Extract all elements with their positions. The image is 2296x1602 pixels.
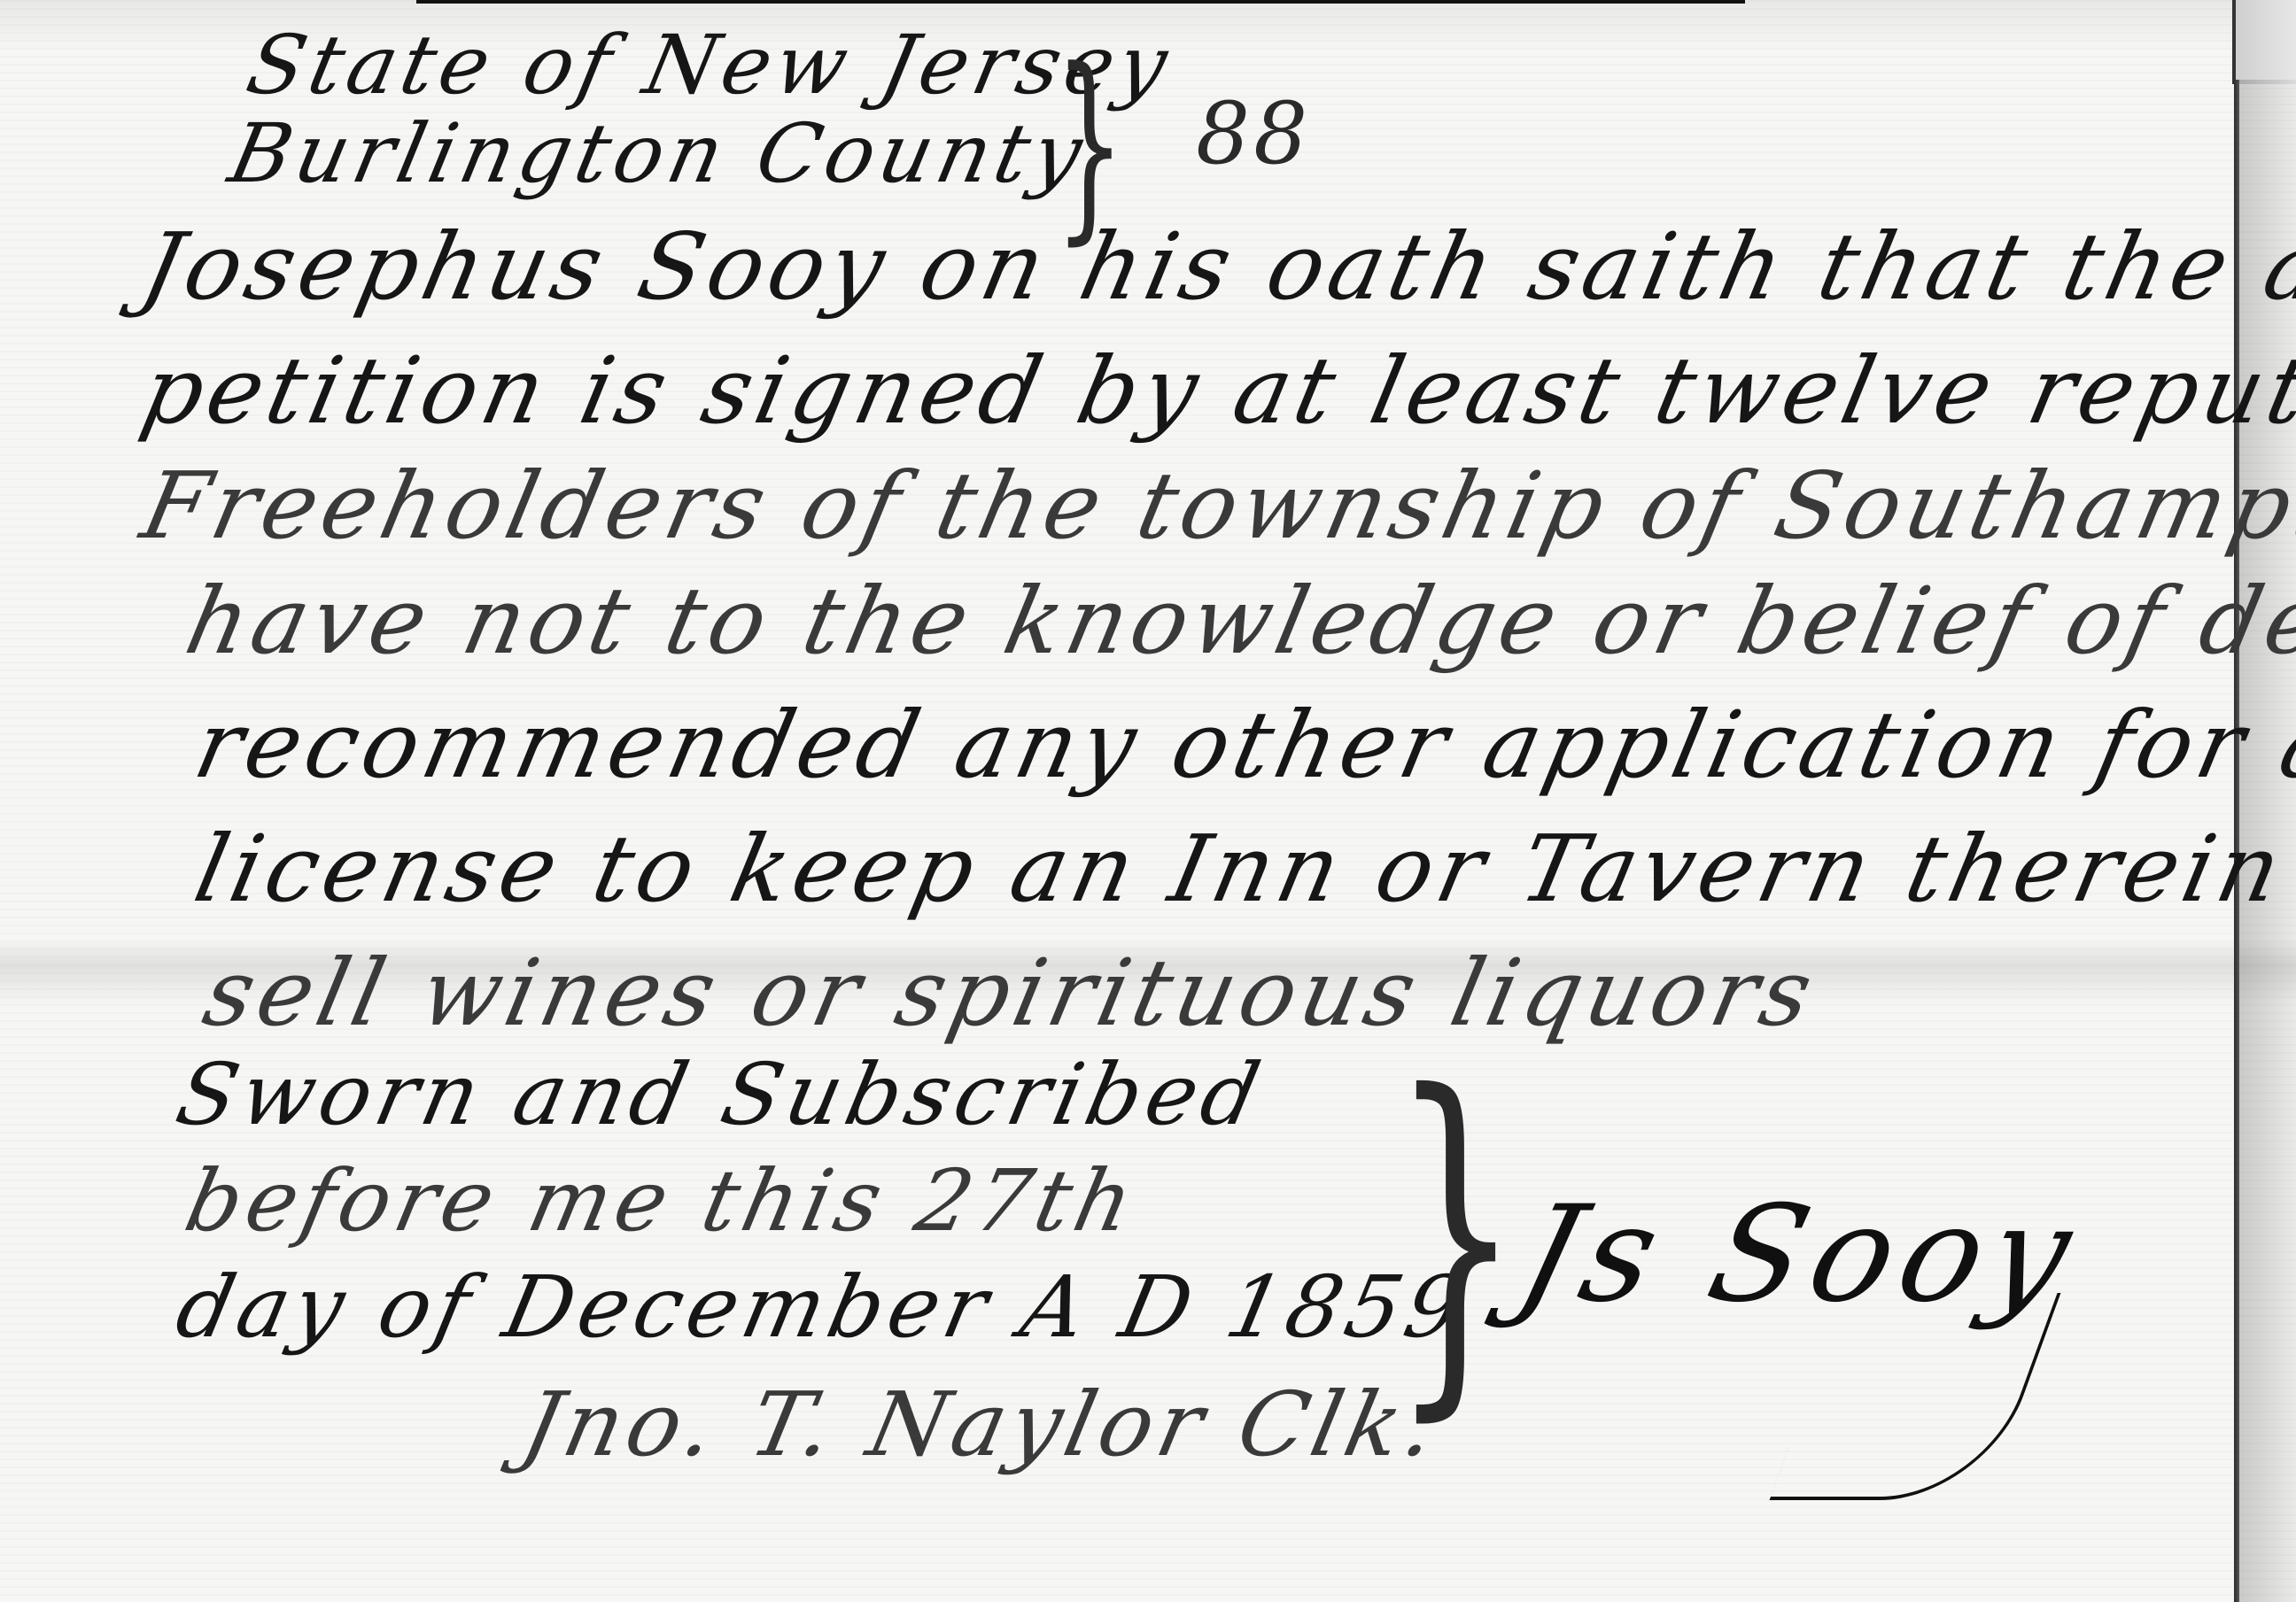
affidavit-line-4: have not to the knowledge or belief of d… [177,567,2296,675]
jurat-line-1: Sworn and Subscribed [168,1045,1273,1144]
page-top-edge [416,0,1745,4]
affidavit-line-7: sell wines or spirituous liquors [195,939,1827,1047]
affidavit-line-6: license to keep an Inn or Tavern therein… [186,815,2296,923]
jurat-line-3: day of December A D 1859 [168,1258,1477,1357]
affidavit-line-2: petition is signed by at least twelve re… [133,337,2296,445]
venue-county-line: Burlington County [221,106,1096,201]
docket-number: 88 [1196,84,1311,183]
scanned-document-page: State of New Jersey Burlington County } … [0,0,2296,1602]
page-corner-fold [2232,0,2296,84]
affidavit-line-3: Freeholders of the township of Southampt… [133,452,2296,560]
affidavit-line-1: Josephus Sooy on his oath saith that the… [133,213,2296,321]
jurat-line-2: before me this 27th [177,1151,1146,1250]
clerk-signature: Jno. T. Naylor Clk. [514,1373,1450,1476]
venue-state-line: State of New Jersey [239,18,1181,112]
affidavit-line-5: recommended any other application for a [186,691,2296,799]
